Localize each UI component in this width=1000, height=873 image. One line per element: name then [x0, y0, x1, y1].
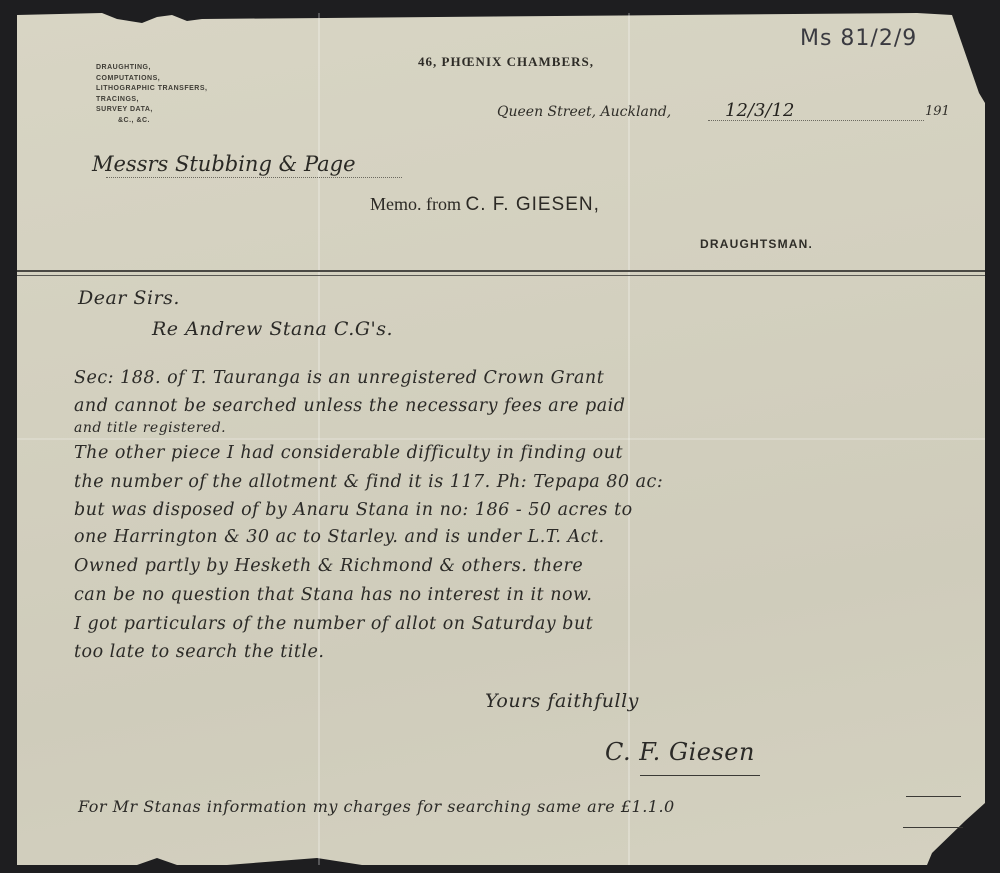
year-prefix: 191: [925, 104, 950, 119]
body-line: the number of the allotment & find it is…: [74, 472, 663, 492]
sign-off: Yours faithfully: [485, 690, 639, 712]
body-line: can be no question that Stana has no int…: [74, 585, 593, 605]
postscript: For Mr Stanas information my charges for…: [78, 797, 675, 816]
service-item: SURVEY DATA,: [96, 105, 207, 116]
memo-name: C. F. GIESEN,: [465, 194, 599, 215]
subject-line: Re Andrew Stana C.G's.: [152, 318, 393, 340]
letterhead-street: Queen Street, Auckland,: [497, 104, 671, 120]
letterhead-address: 46, PHŒNIX CHAMBERS,: [418, 54, 594, 70]
fold-crease: [17, 438, 985, 440]
memo-from-heading: Memo. from C. F. GIESEN,: [370, 194, 600, 216]
body-line: I got particulars of the number of allot…: [74, 614, 593, 634]
letter-date: 12/3/12: [725, 100, 794, 121]
body-line: one Harrington & 30 ac to Starley. and i…: [74, 527, 605, 547]
signature: C. F. Giesen: [605, 738, 755, 766]
letterhead-rule: [17, 275, 985, 276]
body-line: The other piece I had considerable diffi…: [74, 443, 623, 463]
signature-underline: [640, 775, 760, 776]
greeting: Dear Sirs.: [78, 287, 180, 309]
sender-title: DRAUGHTSMAN.: [700, 237, 813, 251]
service-item: &C., &C.: [96, 116, 207, 127]
body-line: and title registered.: [74, 420, 226, 436]
archive-reference: Ms 81/2/9: [800, 26, 917, 51]
service-item: TRACINGS,: [96, 95, 207, 106]
amount-underline: [903, 827, 963, 828]
body-line: but was disposed of by Anaru Stana in no…: [74, 500, 633, 520]
body-line: Sec: 188. of T. Tauranga is an unregiste…: [74, 368, 604, 388]
letterhead-services: DRAUGHTING, COMPUTATIONS, LITHOGRAPHIC T…: [96, 63, 207, 126]
amount-overline: [906, 796, 961, 797]
service-item: DRAUGHTING,: [96, 63, 207, 74]
service-item: COMPUTATIONS,: [96, 74, 207, 85]
letterhead-rule: [17, 270, 985, 272]
service-item: LITHOGRAPHIC TRANSFERS,: [96, 84, 207, 95]
body-line: too late to search the title.: [74, 642, 324, 662]
body-line: and cannot be searched unless the necess…: [74, 396, 625, 416]
addressee: Messrs Stubbing & Page: [92, 152, 356, 176]
body-line: Owned partly by Hesketh & Richmond & oth…: [74, 556, 583, 576]
memo-prefix: Memo. from: [370, 194, 461, 214]
addressee-line: [106, 177, 402, 178]
